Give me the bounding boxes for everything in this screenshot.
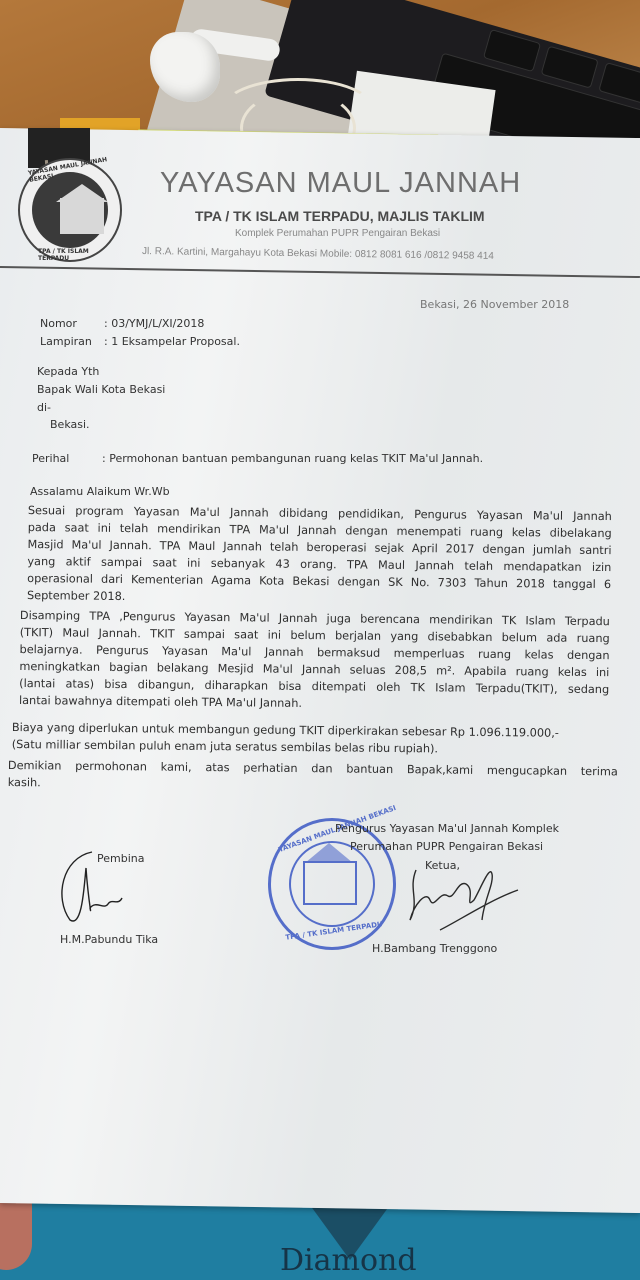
paragraph-1: Sesuai program Yayasan Ma'ul Jannah dibi…	[27, 502, 612, 610]
official-stamp: YAYASAN MAUL JANNAH BEKASI TPA / TK ISLA…	[268, 818, 396, 950]
lampiran-label: Lampiran	[40, 335, 92, 348]
nomor-label: Nomor	[40, 317, 77, 330]
recipient-line2: Bapak Wali Kota Bekasi	[37, 383, 165, 396]
mosque-icon	[60, 198, 104, 234]
stamp-mosque-icon	[303, 861, 357, 905]
perihal-value: : Permohonan bantuan pembangunan ruang k…	[102, 452, 483, 465]
left-signatory-name: H.M.Pabundu Tika	[60, 933, 158, 946]
recipient-line1: Kepada Yth	[37, 365, 99, 378]
paragraph-2: Disamping TPA ,Pengurus Yayasan Ma'ul Ja…	[19, 607, 610, 715]
recipient-line3: di-	[37, 401, 51, 414]
recipient-line4: Bekasi.	[50, 418, 90, 431]
paragraph-3: Biaya yang diperlukan untuk membangun ge…	[12, 719, 617, 759]
place-date: Bekasi, 26 November 2018	[420, 298, 569, 311]
lampiran-value: : 1 Eksampelar Proposal.	[104, 335, 240, 348]
left-signature	[52, 848, 127, 928]
right-signatory-org-line2: Perumahan PUPR Pengairan Bekasi	[350, 840, 543, 853]
right-signatory-name: H.Bambang Trenggono	[372, 942, 497, 955]
logo-ring-bottom-text: TPA / TK ISLAM TERPADU	[38, 248, 120, 262]
perihal-label: Perihal	[32, 452, 69, 465]
stamp-mosque-roof-icon	[305, 843, 353, 863]
right-signature	[400, 860, 520, 940]
logo-emblem	[32, 172, 108, 248]
organization-name: YAYASAN MAUL JANNAH	[160, 167, 521, 200]
folder-brand-text: Diamond	[280, 1243, 417, 1278]
paragraph-4: Demikian permohonan kami, atas perhatian…	[8, 757, 618, 797]
organization-address-line1: Komplek Perumahan PUPR Pengairan Bekasi	[235, 228, 440, 239]
organization-subtitle: TPA / TK ISLAM TERPADU, MAJLIS TAKLIM	[195, 208, 485, 224]
organization-logo: YAYASAN MAUL JANNAH BEKASI TPA / TK ISLA…	[18, 158, 122, 262]
right-signatory-org-line1: Pengurus Yayasan Ma'ul Jannah Komplek	[335, 822, 559, 835]
greeting: Assalamu Alaikum Wr.Wb	[30, 485, 170, 498]
nomor-value: : 03/YMJ/L/XI/2018	[104, 317, 204, 330]
